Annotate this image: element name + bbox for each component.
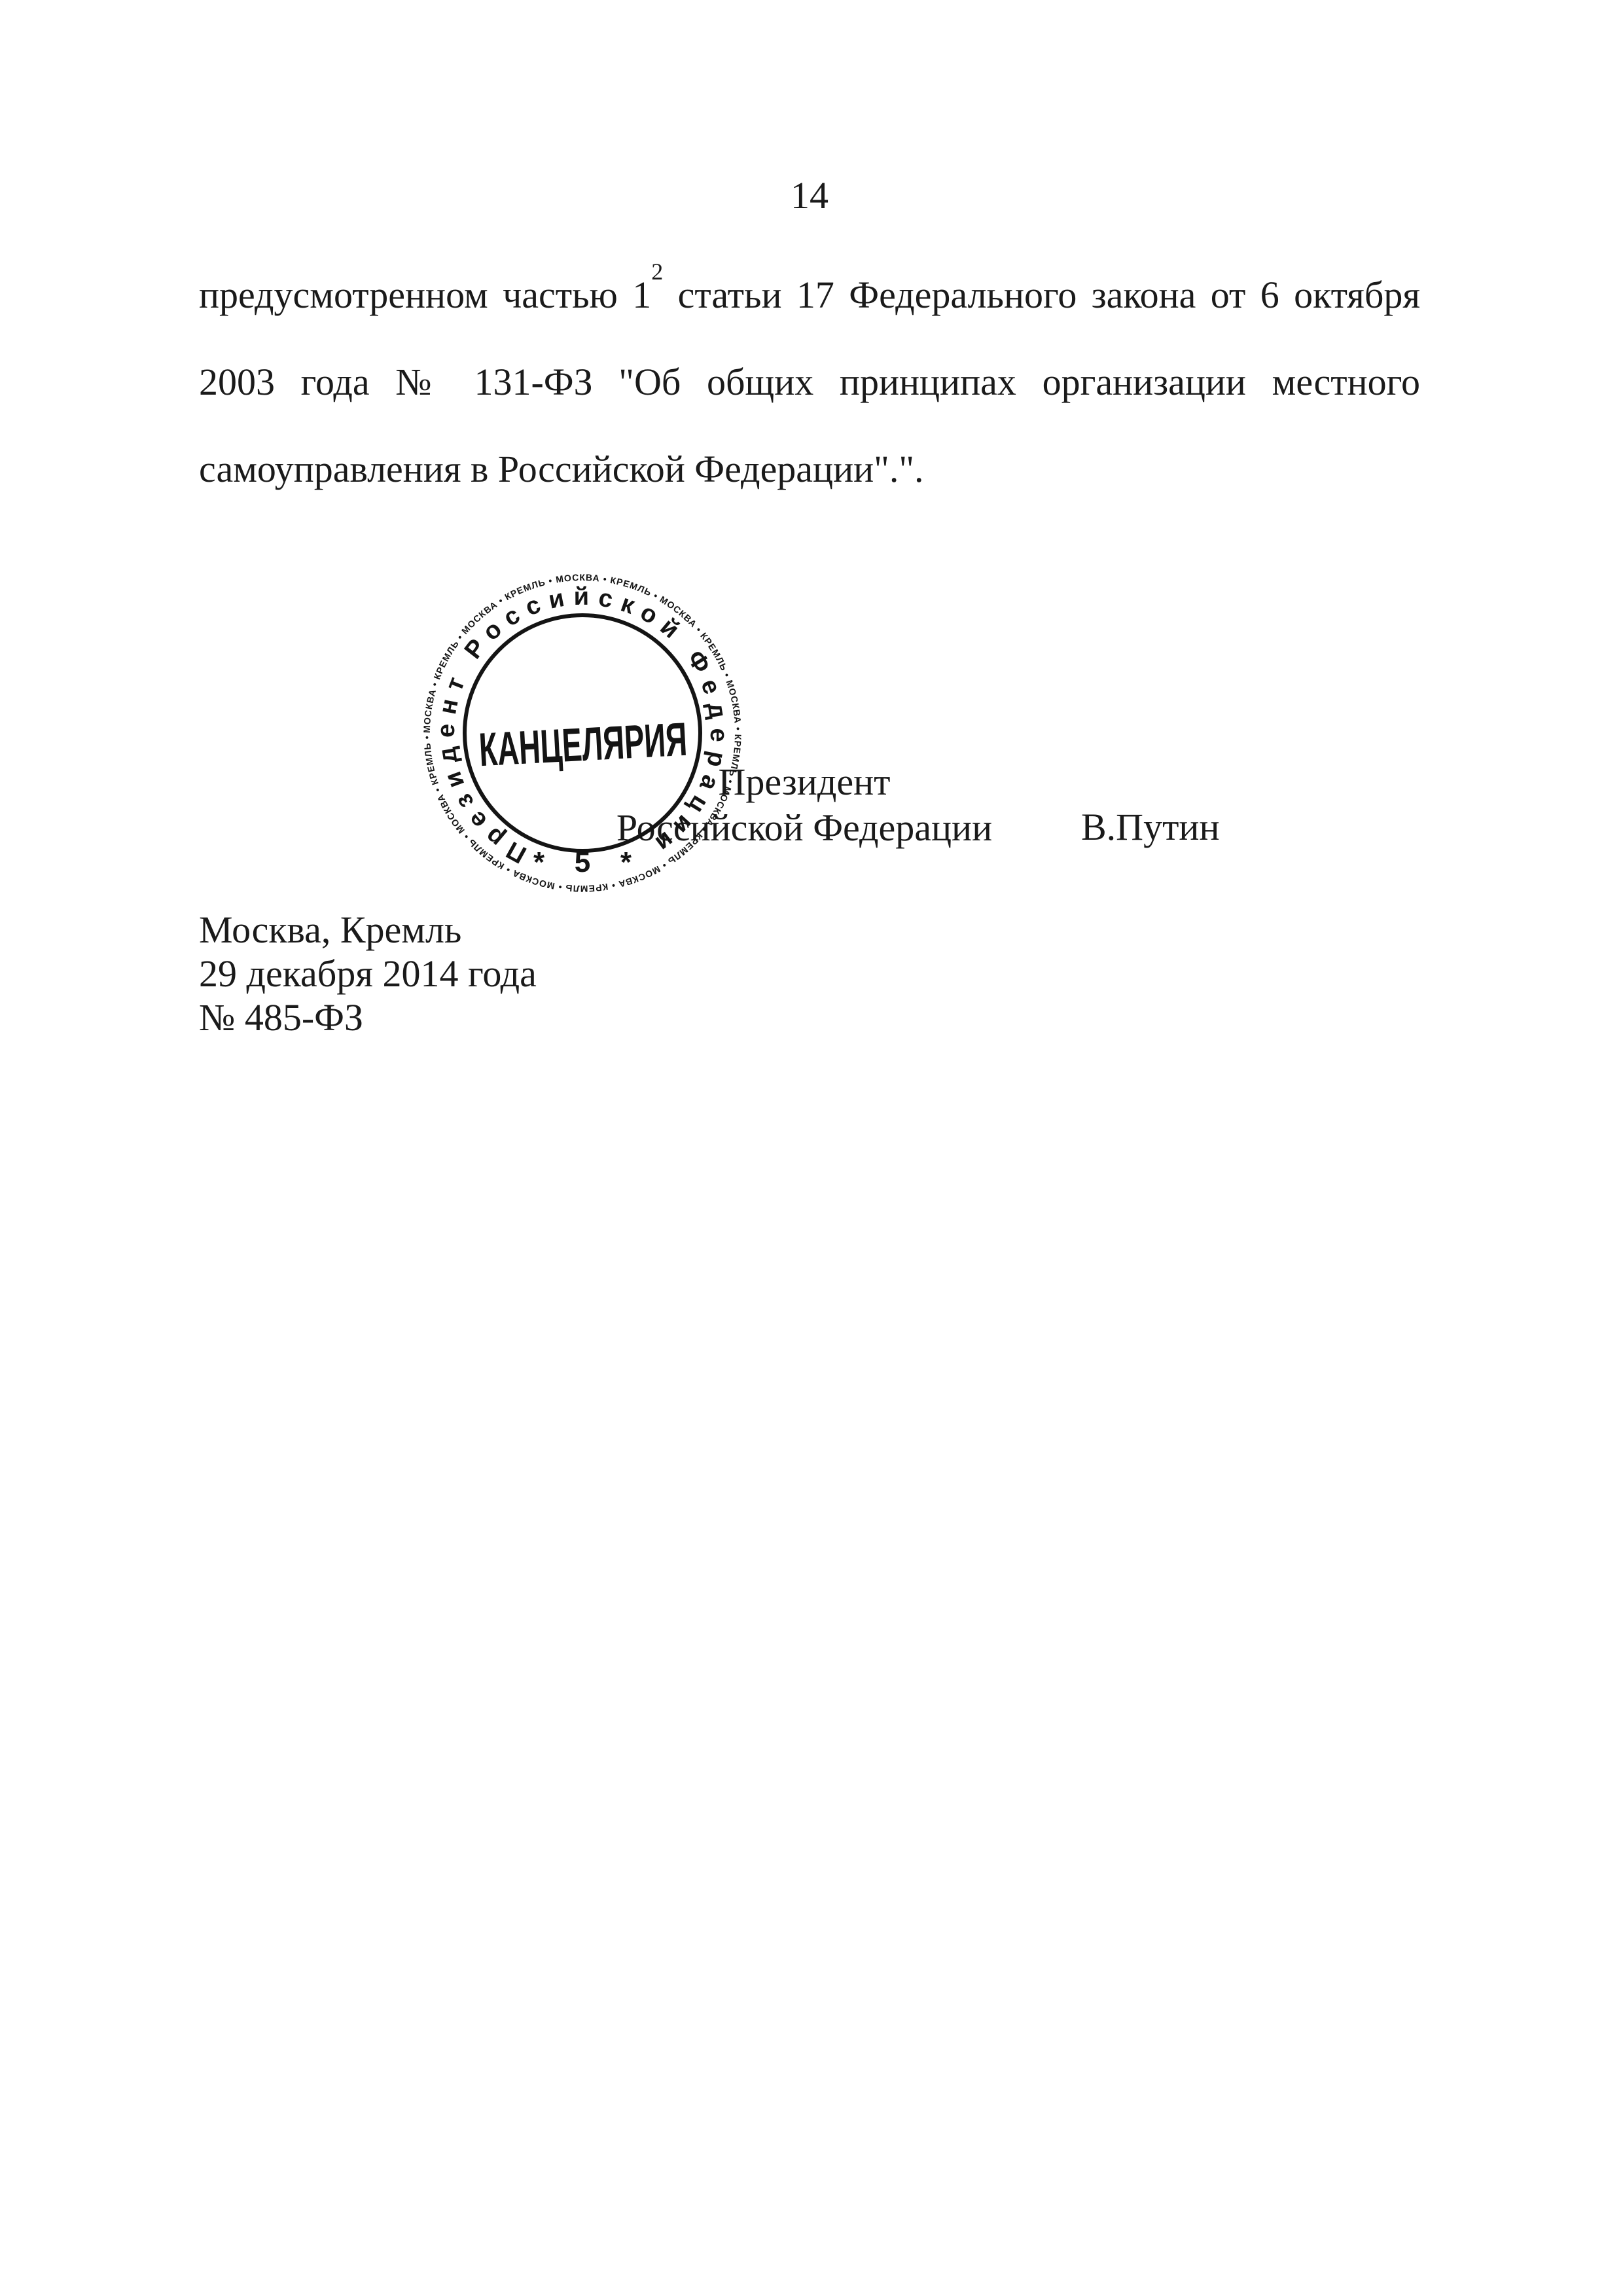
- date-date: 29 декабря 2014 года: [199, 952, 537, 996]
- paragraph-line-3: самоуправления в Российской Федерации"."…: [199, 425, 1420, 512]
- body-paragraph: предусмотренном частью 12 статьи 17 Феде…: [199, 251, 1420, 512]
- signature-title-line1: Президент: [594, 759, 1014, 805]
- chancellery-stamp-icon: МОСКВА • КРЕМЛЬ • МОСКВА • КРЕМЛЬ • МОСК…: [409, 560, 756, 906]
- signature-title-line2: Российской Федерации: [594, 805, 1014, 851]
- superscript-2: 2: [651, 259, 663, 285]
- date-city: Москва, Кремль: [199, 908, 537, 952]
- signature-name: В.Путин: [1081, 805, 1220, 849]
- document-page: 14 предусмотренном частью 12 статьи 17 Ф…: [0, 0, 1623, 2296]
- date-number: № 485-ФЗ: [199, 996, 537, 1039]
- paragraph-line-1: предусмотренном частью 12 статьи 17 Феде…: [199, 251, 1420, 338]
- date-block: Москва, Кремль 29 декабря 2014 года № 48…: [199, 908, 537, 1039]
- signature-block: Президент Российской Федерации: [594, 759, 1014, 851]
- stamp-bottom-number: * 5 *: [533, 846, 632, 878]
- paragraph-line-2: 2003 года № 131-ФЗ "Об общих принципах о…: [199, 338, 1420, 425]
- page-number: 14: [199, 173, 1420, 217]
- paragraph-line-1-text: предусмотренном частью 1: [199, 274, 651, 316]
- paragraph-line-1-cont: статьи 17 Федерального закона от 6 октяб…: [663, 274, 1420, 316]
